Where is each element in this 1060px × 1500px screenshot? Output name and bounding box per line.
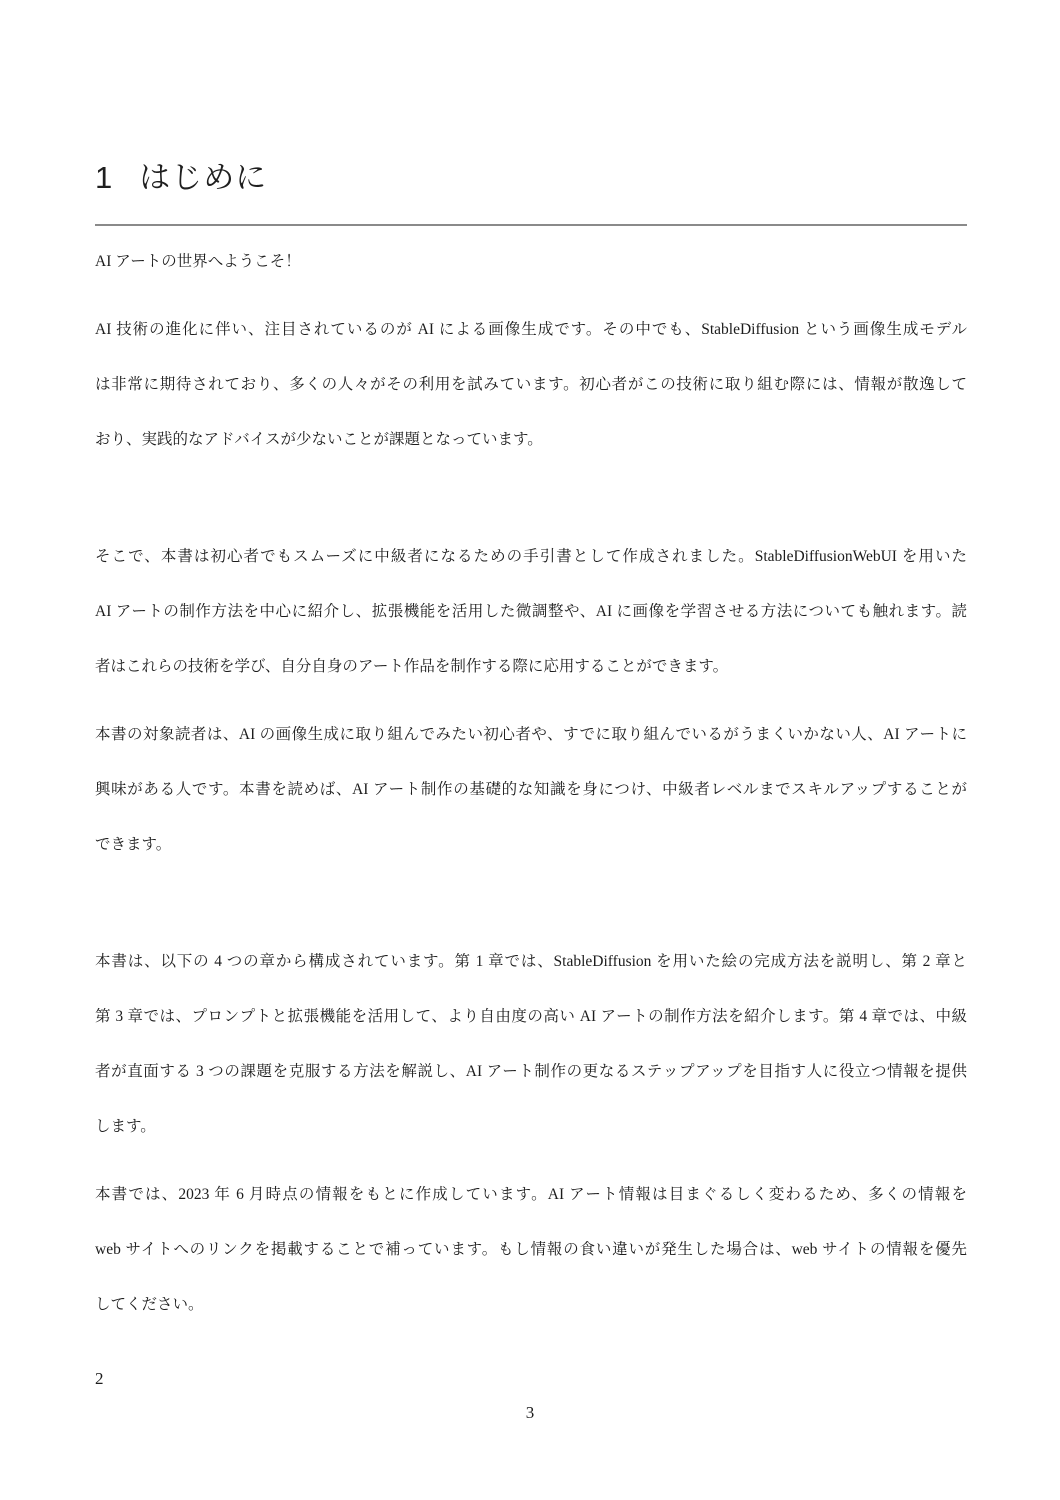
text-line: AI アートの制作方法を中心に紹介し、拡張機能を活用した微調整や、AI に画像を… xyxy=(95,584,967,639)
paragraph-purpose: そこで、本書は初心者でもスムーズに中級者になるための手引書として作成されました。… xyxy=(95,529,967,694)
text-line: web サイトへのリンクを掲載することで補っています。もし情報の食い違いが発生し… xyxy=(95,1222,967,1277)
text-line: AI 技術の進化に伴い、注目されているのが AI による画像生成です。その中でも… xyxy=(95,302,967,357)
paragraph-audience: 本書の対象読者は、AI の画像生成に取り組んでみたい初心者や、すでに取り組んでい… xyxy=(95,707,967,872)
text-line: 興味がある人です。本書を読めば、AI アート制作の基礎的な知識を身につけ、中級者… xyxy=(95,762,967,817)
text-line: 本書は、以下の 4 つの章から構成されています。第 1 章では、StableDi… xyxy=(95,934,967,989)
paragraph-welcome: AI アートの世界へようこそ！ xyxy=(95,234,967,289)
text-line: おり、実践的なアドバイスが少ないことが課題となっています。 xyxy=(95,412,967,467)
text-line: できます。 xyxy=(95,817,967,872)
text-line: 第 3 章では、プロンプトと拡張機能を活用して、より自由度の高い AI アートの… xyxy=(95,989,967,1044)
text-line: AI アートの世界へようこそ！ xyxy=(95,234,967,289)
body-text: AI アートの世界へようこそ！ AI 技術の進化に伴い、注目されているのが AI… xyxy=(95,234,967,1332)
text-line: 者が直面する 3 つの課題を克服する方法を解説し、AI アート制作の更なるステッ… xyxy=(95,1044,967,1099)
text-line: は非常に期待されており、多くの人々がその利用を試みています。初心者がこの技術に取… xyxy=(95,357,967,412)
document-page: 1はじめに AI アートの世界へようこそ！ AI 技術の進化に伴い、注目されてい… xyxy=(0,0,1060,1500)
paragraph-disclaimer: 本書では、2023 年 6 月時点の情報をもとに作成しています。AI アート情報… xyxy=(95,1167,967,1332)
text-line: してください。 xyxy=(95,1277,967,1332)
text-line: します。 xyxy=(95,1099,967,1154)
paragraph-intro: AI 技術の進化に伴い、注目されているのが AI による画像生成です。その中でも… xyxy=(95,302,967,467)
section-heading: 1はじめに xyxy=(95,158,967,198)
text-line: 本書では、2023 年 6 月時点の情報をもとに作成しています。AI アート情報… xyxy=(95,1167,967,1222)
page-content: 1はじめに AI アートの世界へようこそ！ AI 技術の進化に伴い、注目されてい… xyxy=(0,0,1060,1332)
paragraph-structure: 本書は、以下の 4 つの章から構成されています。第 1 章では、StableDi… xyxy=(95,934,967,1154)
text-line: 者はこれらの技術を学び、自分自身のアート作品を制作する際に応用することができます… xyxy=(95,639,967,694)
section-title: はじめに xyxy=(139,160,267,195)
text-line: 本書の対象読者は、AI の画像生成に取り組んでみたい初心者や、すでに取り組んでい… xyxy=(95,707,967,762)
footnote-number: 2 xyxy=(95,1368,104,1390)
page-number: 3 xyxy=(0,1402,1060,1424)
section-number: 1 xyxy=(95,158,113,198)
heading-rule xyxy=(95,224,967,226)
text-line: そこで、本書は初心者でもスムーズに中級者になるための手引書として作成されました。… xyxy=(95,529,967,584)
